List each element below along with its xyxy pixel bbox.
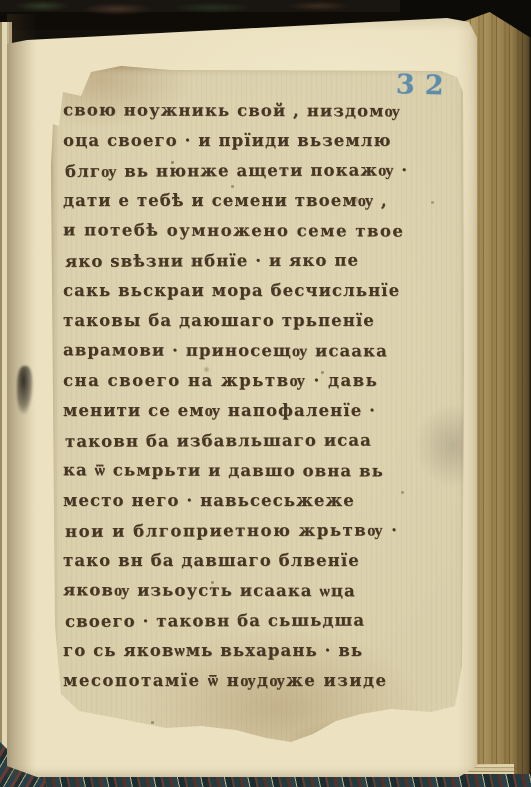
host-page: свою ноужникь свой , низдомѹ оца своего … bbox=[7, 14, 477, 777]
manuscript-line: блгѹ вь нюнже ащети покажѹ · bbox=[65, 155, 460, 187]
manuscript-line: нои и блгоприетною жрьтвѹ · bbox=[65, 515, 460, 547]
manuscript-line: яко ѕвѣзни нбнїе · и яко пе bbox=[65, 245, 460, 277]
manuscript-line: тако вн ба давшаго блвенїе bbox=[63, 546, 458, 576]
manuscript-line: аврамови · приносещѹ исаака bbox=[63, 335, 458, 366]
manuscript-line: сна своего на жрьтвѹ · давь bbox=[63, 366, 458, 396]
manuscript-line: го сь яковѡмь вьхарань · вь bbox=[63, 636, 458, 666]
manuscript-line: сакь вьскраи мора бесчисльнїе bbox=[63, 276, 458, 306]
manuscript-photo: свою ноужникь свой , низдомѹ оца своего … bbox=[0, 0, 531, 787]
manuscript-leaf: свою ноужникь свой , низдомѹ оца своего … bbox=[51, 66, 466, 756]
manuscript-line: место него · навьсесьжеже bbox=[63, 486, 458, 516]
manuscript-text-block: свою ноужникь свой , низдомѹ оца своего … bbox=[63, 96, 458, 696]
manuscript-line: оца своего · и прїиди вьземлю bbox=[63, 126, 458, 156]
manuscript-line: своего · таковн ба сьшьдша bbox=[65, 605, 460, 637]
manuscript-line: яковѹ изьоусть исаака ѡца bbox=[63, 575, 458, 606]
manuscript-line: месопотамїе ѿ нѹдѹже изиде bbox=[63, 666, 458, 696]
manuscript-line: менити се емѹ напофаленїе · bbox=[63, 396, 458, 426]
folio-number: 32 bbox=[396, 69, 454, 101]
manuscript-line: дати е тебѣ и семени твоемѹ , bbox=[63, 186, 458, 216]
manuscript-line: и потебѣ оумножено семе твое bbox=[63, 215, 458, 246]
manuscript-line: таковн ба избавльшаго исаа bbox=[65, 425, 460, 457]
manuscript-line: таковы ба даюшаго трьпенїе bbox=[63, 306, 458, 336]
ink-smudge-stain bbox=[17, 366, 33, 414]
manuscript-line: ка ѿ сьмрьти и давшо овна вь bbox=[63, 455, 458, 486]
